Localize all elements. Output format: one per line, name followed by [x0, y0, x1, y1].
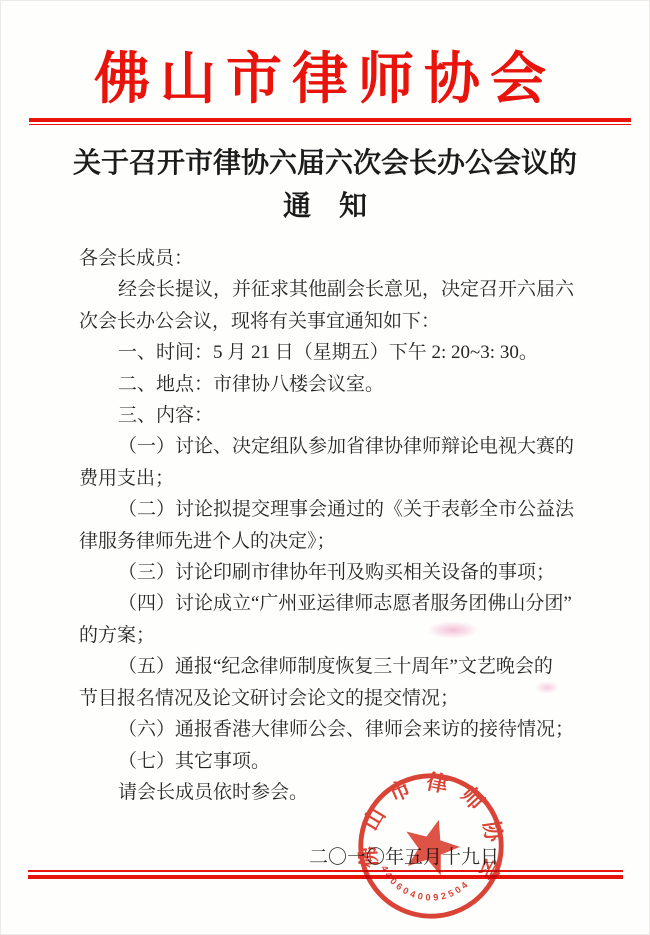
body-line: （七）其它事项。 — [79, 746, 579, 777]
body-line: 经会长提议，并征求其他副会长意见，决定召开六届六 — [79, 274, 579, 305]
body-line: 次会长办公会议，现将有关事宜通知如下： — [79, 306, 579, 337]
seal-graphic: 佛山市律师协会 4406040092504 — [343, 758, 519, 934]
body-line: （四）讨论成立“广州亚运律师志愿者服务团佛山分团” — [79, 588, 579, 619]
footer-divider — [28, 870, 623, 879]
body-line: 三、内容： — [79, 400, 579, 431]
body-line: （六）通报香港大律师公会、律师会来访的接待情况； — [79, 714, 579, 745]
body-line: 费用支出； — [79, 463, 579, 494]
letterhead-org-name: 佛山市律师协会 — [1, 35, 649, 115]
body-line: 律服务律师先进个人的决定》； — [79, 526, 579, 557]
official-seal-stamp: 佛山市律师协会 4406040092504 — [343, 758, 519, 934]
body-line: 节目报名情况及论文研讨会论文的提交情况； — [79, 683, 579, 714]
document-title: 关于召开市律协六届六次会长办公会议的 通 知 — [1, 142, 649, 228]
divider-thin-line — [29, 124, 631, 126]
body-line: （五）通报“纪念律师制度恢复三十周年”文艺晚会的 — [79, 651, 579, 682]
body-line: 各会长成员： — [79, 243, 579, 274]
body-line: 一、时间：5 月 21 日（星期五）下午 2: 20~3: 30。 — [79, 337, 579, 368]
body-line: 的方案； — [79, 620, 579, 651]
document-title-line1: 关于召开市律协六届六次会长办公会议的 — [1, 142, 649, 185]
divider-thick-line — [28, 875, 623, 879]
scanned-notice-page: 佛山市律师协会 关于召开市律协六届六次会长办公会议的 通 知 各会长成员： 经会… — [0, 0, 650, 935]
letterhead-divider — [29, 118, 631, 125]
body-line: （二）讨论拟提交理事会通过的《关于表彰全市公益法 — [79, 494, 579, 525]
seal-star-icon — [401, 816, 463, 878]
body-line: （一）讨论、决定组队参加省律协律师辩论电视大赛的 — [79, 431, 579, 462]
document-title-line2: 通 知 — [1, 185, 649, 228]
body-line: 二、地点：市律协八楼会议室。 — [79, 369, 579, 400]
body-line: （三）讨论印刷市律协年刊及购买相关设备的事项； — [79, 557, 579, 588]
document-body: 各会长成员： 经会长提议，并征求其他副会长意见，决定召开六届六 次会长办公会议，… — [79, 243, 579, 808]
